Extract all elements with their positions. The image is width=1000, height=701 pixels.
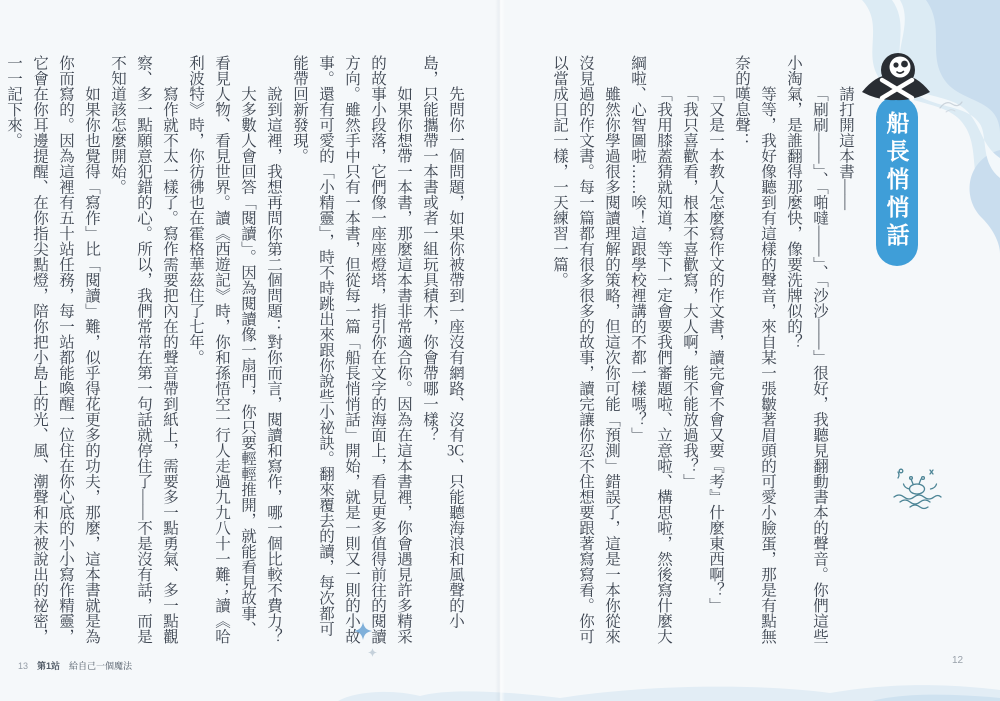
paragraph: 「又是一本教人怎麼寫作文的作文書，讀完會不會又要『考』什麼東西啊？」 bbox=[702, 55, 728, 647]
page-number-left: 13 bbox=[18, 661, 28, 671]
paragraph: 寫作就不太一樣了。寫作需要把內在的聲音帶到紙上，需要多一點勇氣、多一點觀察、多一… bbox=[104, 55, 182, 647]
left-page-footer: 13 第1站 給自己一個魔法 bbox=[18, 659, 132, 672]
paragraph: 如果你也覺得「寫作」比「閱讀」難，似乎得花更多的功夫，那麼，這本書就是為你而寫的… bbox=[0, 55, 104, 647]
paragraph: 「我只喜歡看，根本不喜歡寫，大人啊，能不能放過我？」 bbox=[676, 55, 702, 647]
page-gutter bbox=[495, 0, 505, 701]
chapter-badge-title: 船長悄悄話 bbox=[881, 111, 914, 251]
crab-wave-doodle-icon bbox=[890, 456, 944, 510]
paragraph: 說到這裡，我想再問你第二個問題：對你而言，閱讀和寫作，哪一個比較不費力？ bbox=[260, 55, 286, 647]
paragraph: 雖然你學過很多閱讀理解的策略，但這次你可能「預測」錯誤了，這是一本你從來沒見過的… bbox=[546, 55, 624, 647]
paragraph: 先問你一個問題，如果你被帶到一座沒有網路、沒有3C、只能聽海浪和風聲的小島，只能… bbox=[416, 55, 468, 647]
page-number-right: 12 bbox=[952, 655, 963, 666]
paragraph: 大多數人會回答「閱讀」。因為閱讀像一扇門，你只要輕輕推開，就能看見故事、看見人物… bbox=[182, 55, 260, 647]
page-13-text: 先問你一個問題，如果你被帶到一座沒有網路、沒有3C、只能聽海浪和風聲的小島，只能… bbox=[28, 55, 468, 647]
paragraph: 請打開這本書—— bbox=[832, 55, 858, 647]
paragraph: 如果你想帶一本書，那麼這本書非常適合你。因為在這本書裡，你會遇見許多精采的故事小… bbox=[286, 55, 416, 647]
sparkle-star-icon-small bbox=[368, 648, 377, 657]
right-page-footer: 12 bbox=[952, 655, 963, 666]
chapter-title: 給自己一個魔法 bbox=[69, 659, 132, 672]
sparkle-star-icon bbox=[354, 622, 372, 640]
chapter-badge: 船長悄悄話 bbox=[876, 96, 918, 266]
sketch-doodle-icon bbox=[938, 96, 964, 116]
paragraph: 「我用膝蓋猜就知道，等下一定會要我們審題啦、立意啦、構思啦，然後寫什麼大綱啦、心… bbox=[624, 55, 676, 647]
station-label: 第1站 bbox=[37, 659, 60, 672]
paragraph: 「刷刷——」、「啪噠——」、「沙沙——」很好，我聽見翻動書本的聲音。你們這些小淘… bbox=[780, 55, 832, 647]
page-12-text: 請打開這本書—— 「刷刷——」、「啪噠——」、「沙沙——」很好，我聽見翻動書本的… bbox=[528, 55, 858, 647]
paragraph: 等等，我好像聽到有這樣的聲音，來自某一張皺著眉頭的可愛小臉蛋，那是有點無奈的嘆息… bbox=[728, 55, 780, 647]
pirate-skull-icon bbox=[856, 50, 936, 110]
